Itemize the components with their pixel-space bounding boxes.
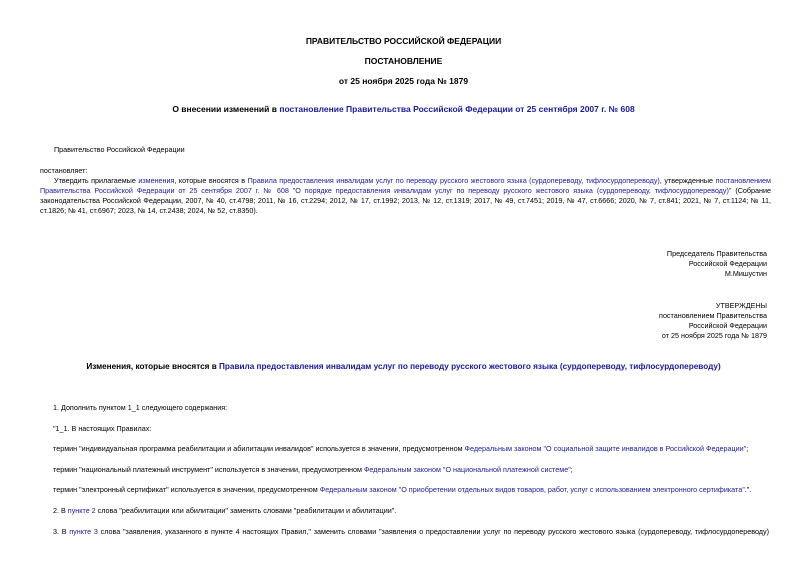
term-2-text: термин "национальный платежный инструмен… <box>53 465 364 474</box>
document-title: О внесении изменений в постановление Пра… <box>0 104 807 114</box>
signature-name: М.Мишустин <box>667 269 767 279</box>
item-3-link[interactable]: пункте 3 <box>69 527 98 536</box>
item-3-a: 3. В <box>53 527 69 536</box>
title-prefix: О внесении изменений в <box>172 104 279 114</box>
term-2-law-link[interactable]: Федеральным законом "О национальной плат… <box>364 465 571 474</box>
term-1-law-link[interactable]: Федеральным законом "О социальной защите… <box>465 444 747 453</box>
link-changes[interactable]: изменения <box>138 176 174 185</box>
item-2: 2. В пункте 2 слова "реабилитации или аб… <box>53 506 396 516</box>
changes-link-rules[interactable]: Правила предоставления инвалидам услуг п… <box>219 362 721 371</box>
term-3: термин "электронный сертификат" использу… <box>53 485 751 495</box>
term-1-end: ; <box>746 444 748 453</box>
signature-organization: Российской Федерации <box>667 259 767 269</box>
item-3: 3. В пункте 3 слова "заявления, указанно… <box>53 527 769 537</box>
term-3-end: .". <box>745 485 752 494</box>
item-2-link[interactable]: пункте 2 <box>68 506 96 515</box>
document-type: ПОСТАНОВЛЕНИЕ <box>0 56 807 66</box>
government-heading: ПРАВИТЕЛЬСТВО РОССИЙСКОЙ ФЕДЕРАЦИИ <box>0 36 807 46</box>
signature-position: Председатель Правительства <box>667 249 767 259</box>
item-2-a: 2. В <box>53 506 68 515</box>
term-2: термин "национальный платежный инструмен… <box>53 465 573 475</box>
changes-heading: Изменения, которые вносятся в Правила пр… <box>0 362 807 372</box>
term-3-text: термин "электронный сертификат" использу… <box>53 485 320 494</box>
approved-label: УТВЕРЖДЕНЫ <box>659 301 767 311</box>
document-date-number: от 25 ноября 2025 года № 1879 <box>0 76 807 86</box>
preamble-issuer: Правительство Российской Федерации <box>54 145 185 155</box>
item-3-b: слова "заявления, указанного в пункте 4 … <box>98 527 769 536</box>
term-1-text: термин "индивидуальная программа реабили… <box>53 444 465 453</box>
title-link-resolution-608[interactable]: постановление Правительства Российской Ф… <box>279 104 634 114</box>
main-text-3: , утвержденные <box>660 176 716 185</box>
item-1-1: "1_1. В настоящих Правилах: <box>53 424 151 434</box>
approved-block: УТВЕРЖДЕНЫ постановлением Правительства … <box>659 301 767 341</box>
approved-organization: Российской Федерации <box>659 321 767 331</box>
approved-date-number: от 25 ноября 2025 года № 1879 <box>659 331 767 341</box>
item-2-b: слова "реабилитации или абилитации" заме… <box>96 506 397 515</box>
term-1: термин "индивидуальная программа реабили… <box>53 444 748 454</box>
term-2-end: ; <box>571 465 573 474</box>
main-paragraph: Утвердить прилагаемые изменения, которые… <box>40 176 771 216</box>
approved-by: постановлением Правительства <box>659 311 767 321</box>
main-text-2: , которые вносятся в <box>174 176 247 185</box>
preamble-decides: постановляет: <box>40 166 87 176</box>
term-3-law-link[interactable]: Федеральным законом "О приобретении отде… <box>320 485 745 494</box>
link-rules[interactable]: Правила предоставления инвалидам услуг п… <box>248 176 660 185</box>
main-text-1: Утвердить прилагаемые <box>54 176 138 185</box>
changes-prefix: Изменения, которые вносятся в <box>86 362 219 371</box>
item-1: 1. Дополнить пунктом 1_1 следующего соде… <box>53 403 227 413</box>
signature-block: Председатель Правительства Российской Фе… <box>667 249 767 279</box>
